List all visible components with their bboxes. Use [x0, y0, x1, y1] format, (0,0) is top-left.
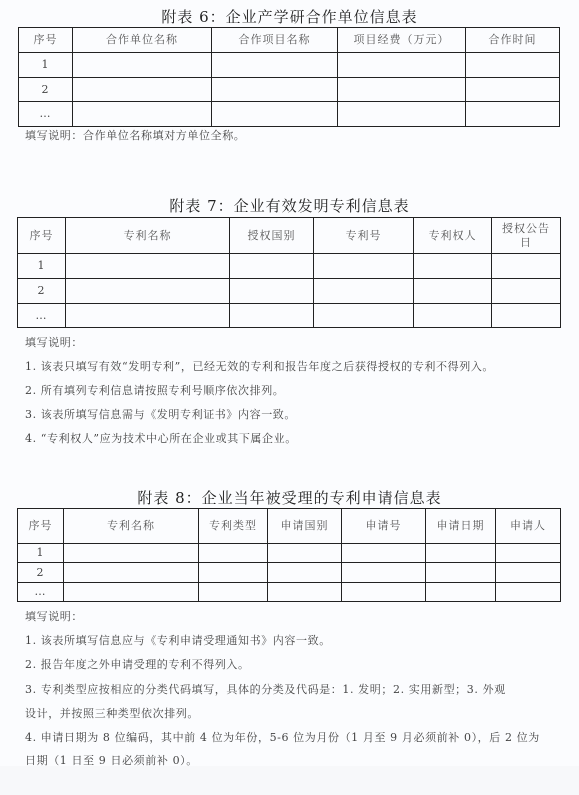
table-cell[interactable] [466, 53, 560, 78]
table-cell[interactable] [496, 544, 561, 563]
row-index: 2 [18, 563, 64, 583]
table7-header-row: 序号 专利名称 授权国别 专利号 专利权人 授权公告日 [18, 218, 561, 254]
table-cell[interactable] [268, 544, 342, 563]
col-header: 专利号 [314, 218, 414, 254]
table6-title: 附表 6：企业产学研合作单位信息表 [0, 8, 579, 26]
table-cell[interactable] [73, 53, 212, 78]
table-row: 2 [18, 563, 561, 583]
col-header: 序号 [18, 509, 64, 544]
table8-notes-label: 填写说明： [25, 610, 83, 624]
table7-notes-label: 填写说明： [25, 336, 83, 350]
col-header: 项目经费（万元） [338, 28, 466, 53]
table-cell[interactable] [64, 583, 199, 602]
table-cell[interactable] [73, 102, 212, 127]
col-header: 专利类型 [199, 509, 268, 544]
table7-note-4: 4. “专利权人”应为技术中心所在企业或其下属企业。 [25, 432, 297, 446]
table-cell[interactable] [338, 102, 466, 127]
table-cell[interactable] [230, 304, 314, 328]
table7-invention-patents: 序号 专利名称 授权国别 专利号 专利权人 授权公告日 1 2 … [17, 217, 561, 328]
col-header: 申请国别 [268, 509, 342, 544]
table-row: 2 [18, 279, 561, 304]
row-index: … [18, 583, 64, 602]
table7-note-3: 3. 该表所填写信息需与《发明专利证书》内容一致。 [25, 408, 296, 422]
table-cell[interactable] [212, 102, 338, 127]
col-header: 序号 [19, 28, 73, 53]
table-cell[interactable] [338, 53, 466, 78]
table7-note-1: 1. 该表只填写有效“发明专利”，已经无效的专利和报告年度之后获得授权的专利不得… [25, 360, 494, 374]
col-header: 专利权人 [414, 218, 492, 254]
col-header: 授权国别 [230, 218, 314, 254]
col-header: 合作项目名称 [212, 28, 338, 53]
table-cell[interactable] [230, 279, 314, 304]
table8-header-row: 序号 专利名称 专利类型 申请国别 申请号 申请日期 申请人 [18, 509, 561, 544]
col-header: 申请日期 [426, 509, 496, 544]
table-cell[interactable] [466, 78, 560, 102]
document-page: 附表 6：企业产学研合作单位信息表 序号 合作单位名称 合作项目名称 项目经费（… [0, 0, 579, 766]
table7-title: 附表 7：企业有效发明专利信息表 [0, 197, 579, 215]
col-header: 合作单位名称 [73, 28, 212, 53]
table-cell[interactable] [496, 563, 561, 583]
table-cell[interactable] [414, 279, 492, 304]
col-header: 专利名称 [66, 218, 230, 254]
table8-title: 附表 8：企业当年被受理的专利申请信息表 [0, 489, 579, 507]
row-index: 1 [19, 53, 73, 78]
table-cell[interactable] [492, 279, 561, 304]
table-cell[interactable] [492, 254, 561, 279]
table-cell[interactable] [230, 254, 314, 279]
table-cell[interactable] [73, 78, 212, 102]
table6-cooperation-units: 序号 合作单位名称 合作项目名称 项目经费（万元） 合作时间 1 2 … [18, 27, 560, 127]
table-cell[interactable] [212, 53, 338, 78]
col-header: 授权公告日 [492, 218, 561, 254]
table-cell[interactable] [66, 304, 230, 328]
table-cell[interactable] [492, 304, 561, 328]
table-cell[interactable] [314, 254, 414, 279]
table-cell[interactable] [199, 544, 268, 563]
table-cell[interactable] [426, 583, 496, 602]
table8-note-3-cont: 设计，并按照三种类型依次排列。 [25, 707, 199, 721]
table6-header-row: 序号 合作单位名称 合作项目名称 项目经费（万元） 合作时间 [19, 28, 560, 53]
table-row: … [19, 102, 560, 127]
col-header: 合作时间 [466, 28, 560, 53]
row-index: 1 [18, 544, 64, 563]
table-row: 1 [18, 254, 561, 279]
table8-note-2: 2. 报告年度之外申请受理的专利不得列入。 [25, 658, 250, 672]
table-row: … [18, 304, 561, 328]
row-index: 1 [18, 254, 66, 279]
table6-note: 填写说明：合作单位名称填对方单位全称。 [25, 129, 245, 143]
table8-patent-applications: 序号 专利名称 专利类型 申请国别 申请号 申请日期 申请人 1 2 … [17, 508, 561, 602]
table-row: 1 [19, 53, 560, 78]
table-row: … [18, 583, 561, 602]
table-cell[interactable] [66, 254, 230, 279]
col-header: 申请号 [342, 509, 426, 544]
table-cell[interactable] [199, 563, 268, 583]
table-cell[interactable] [212, 78, 338, 102]
table-cell[interactable] [314, 304, 414, 328]
row-index: … [19, 102, 73, 127]
table-cell[interactable] [342, 544, 426, 563]
table-cell[interactable] [426, 544, 496, 563]
row-index: 2 [18, 279, 66, 304]
table-row: 2 [19, 78, 560, 102]
table-cell[interactable] [496, 583, 561, 602]
table8-note-1: 1. 该表所填写信息应与《专利申请受理通知书》内容一致。 [25, 634, 331, 648]
table-cell[interactable] [64, 563, 199, 583]
row-index: … [18, 304, 66, 328]
table-cell[interactable] [66, 279, 230, 304]
table-cell[interactable] [414, 254, 492, 279]
row-index: 2 [19, 78, 73, 102]
table-cell[interactable] [342, 583, 426, 602]
table-cell[interactable] [342, 563, 426, 583]
table8-note-3: 3. 专利类型应按相应的分类代码填写，具体的分类及代码是：1. 发明；2. 实用… [25, 683, 506, 697]
table7-note-2: 2. 所有填列专利信息请按照专利号顺序依次排列。 [25, 384, 284, 398]
col-header: 序号 [18, 218, 66, 254]
col-header: 专利名称 [64, 509, 199, 544]
table-cell[interactable] [466, 102, 560, 127]
table8-note-4: 4. 申请日期为 8 位编码，其中前 4 位为年份，5-6 位为月份（1 月至 … [25, 731, 540, 745]
table-cell[interactable] [414, 304, 492, 328]
table-cell[interactable] [338, 78, 466, 102]
table-cell[interactable] [426, 563, 496, 583]
table-cell[interactable] [314, 279, 414, 304]
table-cell[interactable] [268, 583, 342, 602]
table-cell[interactable] [268, 563, 342, 583]
table8-note-4-cont: 日期（1 日至 9 日必须前补 0）。 [25, 754, 198, 768]
table-cell[interactable] [199, 583, 268, 602]
table-row: 1 [18, 544, 561, 563]
col-header: 申请人 [496, 509, 561, 544]
table-cell[interactable] [64, 544, 199, 563]
